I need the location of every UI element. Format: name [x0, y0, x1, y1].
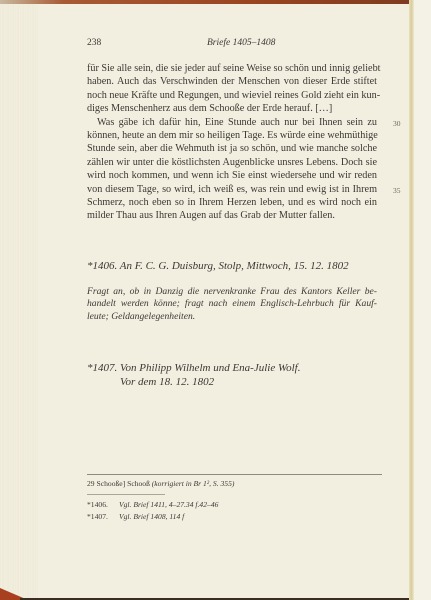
text-line: zählen wir unter die köstlichsten Augenb… [87, 156, 377, 169]
summary-line: Fragt an, ob in Danzig die nervenkranke … [87, 286, 377, 299]
text-line: wird noch kommen, und wenn ich Sie einst… [87, 169, 377, 182]
footnote-short-rule [87, 494, 165, 495]
book-page: 238 Briefe 1405–1408 für Sie alle sein, … [87, 38, 377, 389]
reference-note: *1407.Vgl. Brief 1408, 114 f [87, 512, 382, 522]
line-number: 35 [393, 184, 401, 197]
text-line: haben. Auch das Verschwinden der Mensche… [87, 75, 377, 88]
page-number: 238 [87, 38, 101, 48]
apparatus-note-text: (korrigiert in Br 1², S. 355) [152, 479, 235, 488]
reference-id: *1407. [87, 512, 119, 522]
line-number: 30 [393, 117, 401, 130]
running-title: Briefe 1405–1408 [207, 38, 275, 48]
letter-heading-1406: *1406. An F. C. G. Duisburg, Stolp, Mitt… [87, 259, 377, 273]
text-line: noch neue Kräfte und Regungen, und wievi… [87, 89, 377, 102]
letter-heading-1407: *1407. Von Philipp Wilhelm und Ena-Julie… [87, 361, 377, 389]
footnote-rule [87, 474, 382, 475]
text-line: Schmerz, noch eben so in Ihrem Herzen le… [87, 196, 377, 209]
apparatus-line-number: 29 [87, 479, 95, 488]
paragraph: für Sie alle sein, die sie jeder auf sei… [87, 62, 377, 116]
book-top-edge [0, 0, 420, 4]
apparatus-lemma: Schooße] [97, 479, 126, 488]
text-line: für Sie alle sein, die sie jeder auf sei… [87, 62, 377, 75]
apparatus-note: 29 Schooße] Schooß (korrigiert in Br 1²,… [87, 479, 382, 489]
summary-line: handelt werden könne; fragt nach einem E… [87, 298, 377, 311]
heading-line-date: Vor dem 18. 12. 1802 [87, 375, 377, 389]
footnotes: 29 Schooße] Schooß (korrigiert in Br 1²,… [87, 474, 382, 522]
letter-body-text: für Sie alle sein, die sie jeder auf sei… [87, 62, 377, 223]
page-stack-edge [0, 4, 38, 600]
apparatus-reading: Schooß [127, 479, 150, 488]
reference-id: *1406. [87, 500, 119, 510]
paragraph: Was gäbe ich dafür hin, Eine Stunde auch… [87, 116, 377, 223]
facing-page-edge [414, 0, 431, 600]
reference-text: Vgl. Brief 1411, 4–27.34 f.42–46 [119, 500, 218, 509]
heading-line: *1407. Von Philipp Wilhelm und Ena-Julie… [87, 361, 377, 375]
letter-summary-1406: Fragt an, ob in Danzig die nervenkranke … [87, 286, 377, 324]
summary-line: leute; Geldangelegenheiten. [87, 311, 377, 324]
text-line: Stunde sein, aber die Wehmuth ist ja so … [87, 142, 377, 155]
reference-note: *1406.Vgl. Brief 1411, 4–27.34 f.42–46 [87, 500, 382, 510]
text-line: von diesem Tage, so wird, ich weiß es, w… [87, 183, 377, 196]
text-line: diges Menschenherz aus dem Schooße der E… [87, 102, 377, 115]
text-line: können, heute an dem mir so heiligen Tag… [87, 129, 377, 142]
text-line: Was gäbe ich dafür hin, Eine Stunde auch… [87, 116, 377, 129]
running-head: 238 Briefe 1405–1408 [87, 38, 377, 52]
reference-text: Vgl. Brief 1408, 114 f [119, 512, 184, 521]
text-line: milder Thau aus Ihren Augen auf das Grab… [87, 209, 377, 222]
